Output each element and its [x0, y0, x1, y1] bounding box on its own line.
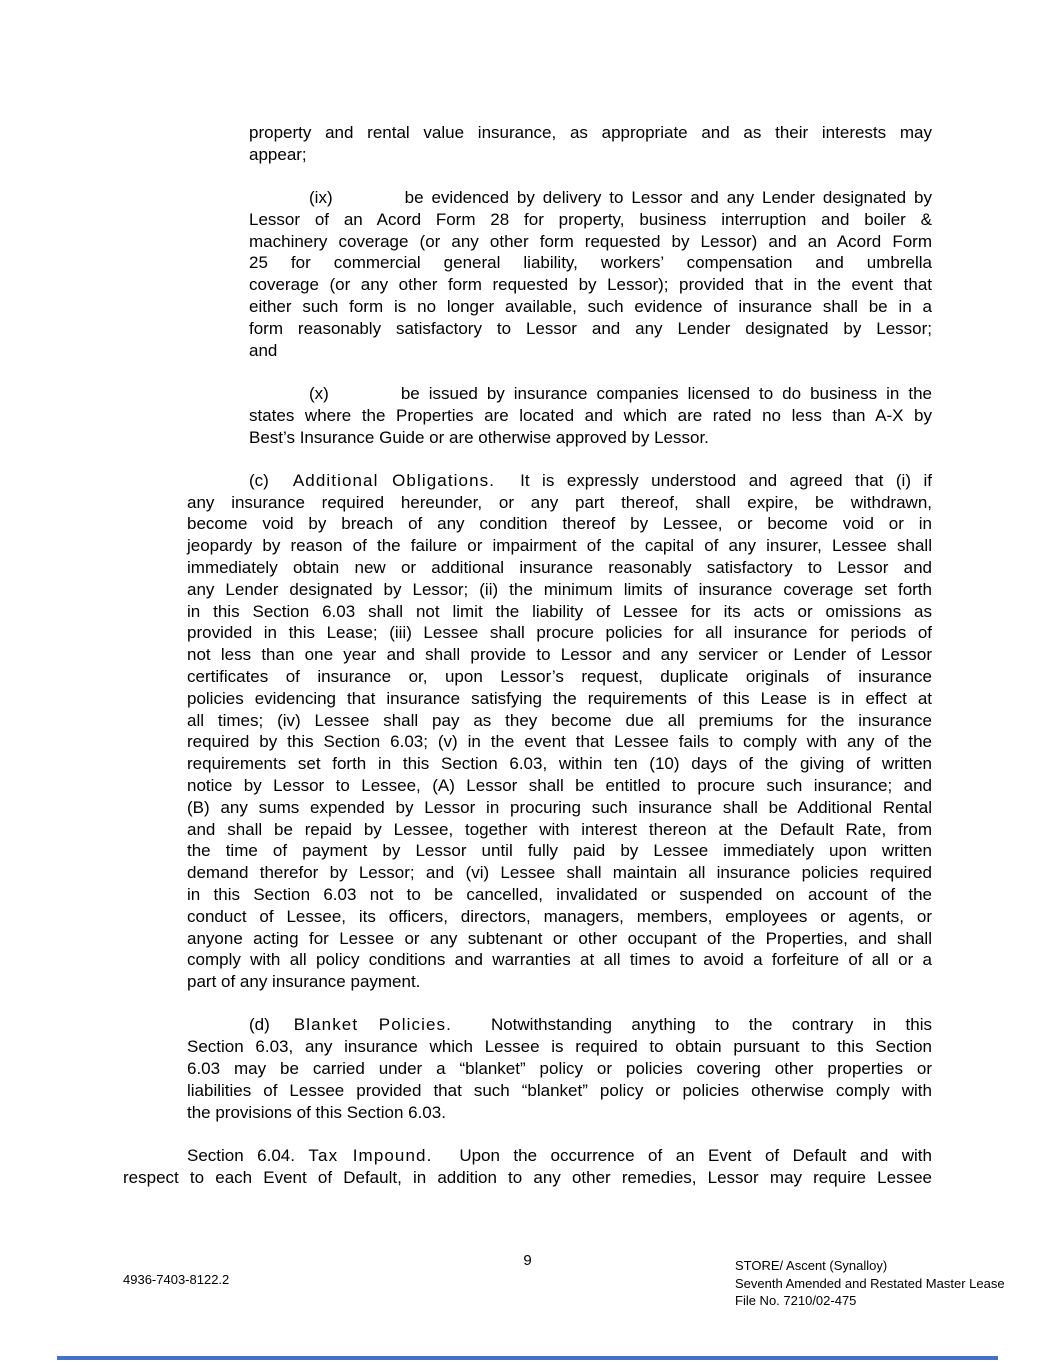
text-line: anyone acting for Lessee or any subtenan…: [187, 928, 932, 950]
text-segment: (ix): [309, 188, 333, 207]
text-segment: Additional Obligations.: [293, 471, 495, 490]
paragraph: property and rental value insurance, as …: [249, 122, 932, 166]
text-line: form reasonably satisfactory to Lessor a…: [249, 318, 932, 340]
document-body: property and rental value insurance, as …: [123, 122, 932, 1189]
text-line: machinery coverage (or any other form re…: [249, 231, 932, 253]
text-line: policies evidencing that insurance satis…: [187, 688, 932, 710]
paragraph: Section 6.04. Tax Impound. Upon the occu…: [123, 1145, 932, 1189]
paragraph: (x)be issued by insurance companies lice…: [249, 383, 932, 448]
text-line: (ix)be evidenced by delivery to Lessor a…: [249, 187, 932, 209]
text-line: 25 for commercial general liability, wor…: [249, 252, 932, 274]
text-line: comply with all policy conditions and wa…: [187, 949, 932, 971]
footer-doc-number: 4936-7403-8122.2: [123, 1272, 229, 1288]
text-line: liabilities of Lessee provided that such…: [187, 1080, 932, 1102]
text-segment: Blanket Policies.: [294, 1015, 452, 1034]
text-line: demand therefor by Lessor; and (vi) Less…: [187, 862, 932, 884]
text-segment: Section 6.04.: [187, 1146, 308, 1165]
text-line: jeopardy by reason of the failure or imp…: [187, 535, 932, 557]
text-segment: be issued by insurance companies license…: [401, 384, 932, 403]
text-line: either such form is no longer available,…: [249, 296, 932, 318]
text-line: in this Section 6.03 not to be cancelled…: [187, 884, 932, 906]
text-line: (d)Blanket Policies. Notwithstanding any…: [187, 1014, 932, 1036]
text-line: any insurance required hereunder, or any…: [187, 492, 932, 514]
text-line: provided in this Lease; (iii) Lessee sha…: [187, 622, 932, 644]
text-segment: It is expressly understood and agreed th…: [495, 471, 932, 490]
text-line: all times; (iv) Lessee shall pay as they…: [187, 710, 932, 732]
paragraph: (d)Blanket Policies. Notwithstanding any…: [187, 1014, 932, 1123]
text-line: the provisions of this Section 6.03.: [187, 1102, 932, 1124]
footer-doc-info-line: File No. 7210/02-475: [735, 1292, 1005, 1310]
text-segment: (c): [249, 471, 269, 490]
text-line: and: [249, 340, 932, 362]
text-line: in this Section 6.03 shall not limit the…: [187, 601, 932, 623]
text-line: states where the Properties are located …: [249, 405, 932, 427]
footer-doc-info-line: STORE/ Ascent (Synalloy): [735, 1257, 1005, 1275]
document-page: property and rental value insurance, as …: [0, 0, 1055, 1365]
text-line: immediately obtain new or additional ins…: [187, 557, 932, 579]
text-line: property and rental value insurance, as …: [249, 122, 932, 144]
text-line: the time of payment by Lessor until full…: [187, 840, 932, 862]
text-line: any Lender designated by Lessor; (ii) th…: [187, 579, 932, 601]
text-segment: be evidenced by delivery to Lessor and a…: [405, 188, 932, 207]
text-line: not less than one year and shall provide…: [187, 644, 932, 666]
text-line: Best’s Insurance Guide or are otherwise …: [249, 427, 932, 449]
text-line: requirements set forth in this Section 6…: [187, 753, 932, 775]
text-line: part of any insurance payment.: [187, 971, 932, 993]
footer-doc-info: STORE/ Ascent (Synalloy) Seventh Amended…: [735, 1257, 1005, 1310]
text-line: Section 6.04. Tax Impound. Upon the occu…: [123, 1145, 932, 1167]
text-line: required by this Section 6.03; (v) in th…: [187, 731, 932, 753]
bottom-accent-line: [57, 1356, 998, 1360]
text-segment: Notwithstanding anything to the contrary…: [452, 1015, 932, 1034]
text-segment: Tax Impound.: [308, 1146, 432, 1165]
text-line: (B) any sums expended by Lessor in procu…: [187, 797, 932, 819]
text-line: 6.03 may be carried under a “blanket” po…: [187, 1058, 932, 1080]
text-line: conduct of Lessee, its officers, directo…: [187, 906, 932, 928]
text-line: Section 6.03, any insurance which Lessee…: [187, 1036, 932, 1058]
paragraph: (c)Additional Obligations. It is express…: [187, 470, 932, 993]
text-line: coverage (or any other form requested by…: [249, 274, 932, 296]
paragraph: (ix)be evidenced by delivery to Lessor a…: [249, 187, 932, 361]
text-segment: Upon the occurrence of an Event of Defau…: [432, 1146, 932, 1165]
text-line: and shall be repaid by Lessee, together …: [187, 819, 932, 841]
text-line: Lessor of an Acord Form 28 for property,…: [249, 209, 932, 231]
text-line: (x)be issued by insurance companies lice…: [249, 383, 932, 405]
text-line: appear;: [249, 144, 932, 166]
text-line: certificates of insurance or, upon Lesso…: [187, 666, 932, 688]
footer-doc-info-line: Seventh Amended and Restated Master Leas…: [735, 1275, 1005, 1293]
text-segment: (x): [309, 384, 329, 403]
text-line: notice by Lessor to Lessee, (A) Lessor s…: [187, 775, 932, 797]
text-line: respect to each Event of Default, in add…: [123, 1167, 932, 1189]
text-line: become void by breach of any condition t…: [187, 513, 932, 535]
text-segment: (d): [249, 1015, 270, 1034]
text-line: (c)Additional Obligations. It is express…: [187, 470, 932, 492]
